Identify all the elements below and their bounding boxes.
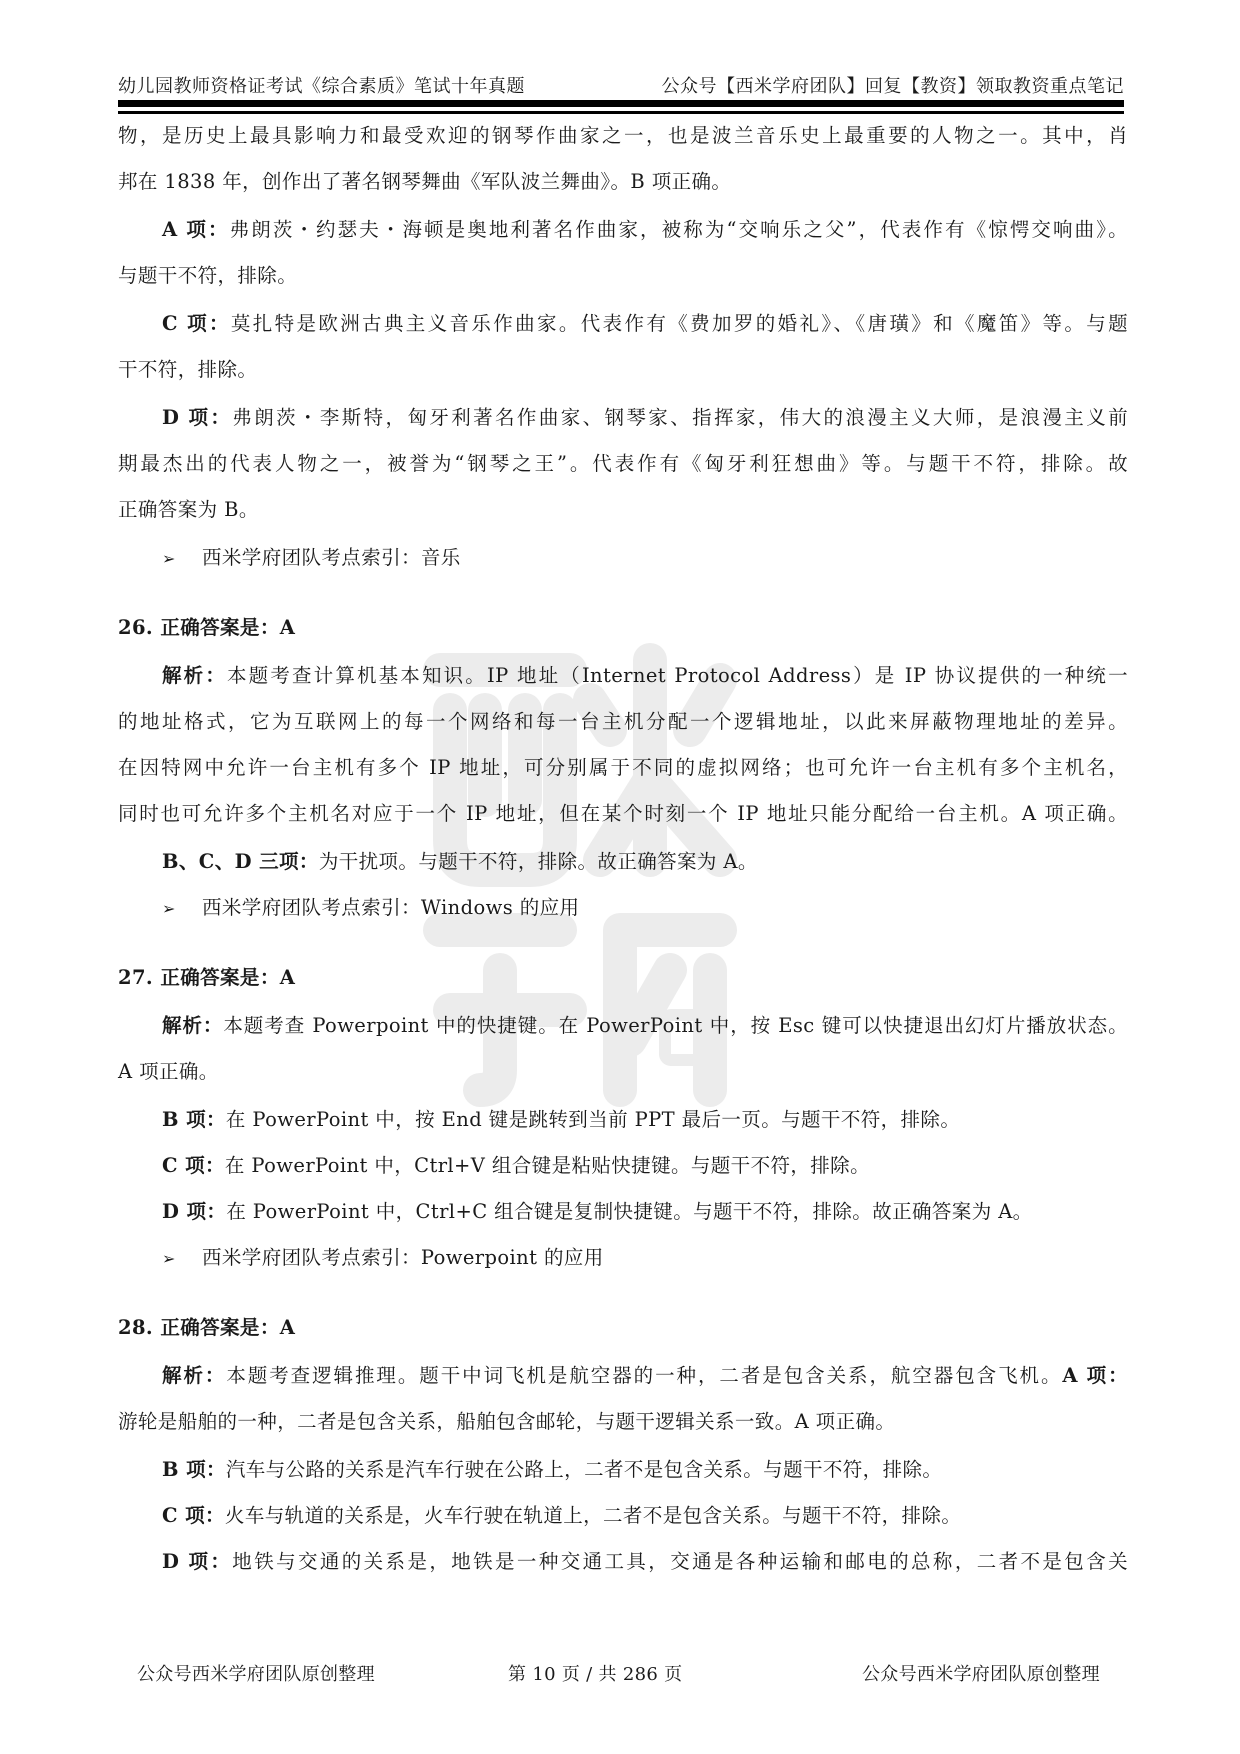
option-label: D 项： (162, 1550, 232, 1573)
option-d-paragraph: D 项：地铁与交通的关系是，地铁是一种交通工具，交通是各种运输和邮电的总称，二者… (162, 1548, 1128, 1576)
option-label: D 项： (162, 1200, 226, 1223)
paragraph-line: 的地址格式，它为互联网上的每一个网络和每一台主机分配一个逻辑地址，以此来屏蔽物理… (118, 708, 1128, 736)
page-header: 幼儿园教师资格证考试《综合素质》笔试十年真题 公众号【西米学府团队】回复【教资】… (118, 68, 1124, 108)
paragraph-line: 同时也可允许多个主机名对应于一个 IP 地址，但在某个时刻一个 IP 地址只能分… (118, 800, 1128, 828)
header-title: 幼儿园教师资格证考试《综合素质》笔试十年真题 (118, 72, 525, 98)
option-b-paragraph: B 项：汽车与公路的关系是汽车行驶在公路上，二者不是包含关系。与题干不符，排除。 (162, 1456, 942, 1484)
analysis-label: 解析： (162, 1014, 223, 1037)
topic-index: ➢西米学府团队考点索引：Windows 的应用 (162, 894, 579, 923)
arrow-bullet-icon: ➢ (162, 1245, 202, 1273)
option-label: C 项： (162, 1154, 225, 1177)
option-label: C 项： (162, 312, 231, 335)
question-heading-27: 27. 正确答案是：A (118, 964, 295, 992)
option-label: A 项： (1062, 1364, 1128, 1387)
question-heading-28: 28. 正确答案是：A (118, 1314, 295, 1342)
paragraph-line: 物，是历史上最具影响力和最受欢迎的钢琴作曲家之一，也是波兰音乐史上最重要的人物之… (118, 122, 1128, 150)
paragraph-line: 期最杰出的代表人物之一，被誉为“钢琴之王”。代表作有《匈牙利狂想曲》等。与题干不… (118, 450, 1128, 478)
paragraph-line: A 项正确。 (118, 1058, 219, 1086)
paragraph-line: 与题干不符，排除。 (118, 262, 297, 290)
footer-credit-right: 公众号西米学府团队原创整理 (862, 1660, 1100, 1686)
arrow-bullet-icon: ➢ (162, 895, 202, 923)
option-a-paragraph: A 项：弗朗茨・约瑟夫・海顿是奥地利著名作曲家，被称为“交响乐之父”，代表作有《… (162, 216, 1128, 244)
option-c-paragraph: C 项：在 PowerPoint 中，Ctrl+V 组合键是粘贴快捷键。与题干不… (162, 1152, 870, 1180)
header-promo: 公众号【西米学府团队】回复【教资】领取教资重点笔记 (662, 72, 1125, 98)
page-footer: 公众号西米学府团队原创整理 第 10 页 / 共 286 页 公众号西米学府团队… (0, 1660, 1240, 1690)
option-d-paragraph: D 项：弗朗茨・李斯特，匈牙利著名作曲家、钢琴家、指挥家，伟大的浪漫主义大师，是… (162, 404, 1128, 432)
topic-index: ➢西米学府团队考点索引：音乐 (162, 544, 461, 573)
option-label: D 项： (162, 406, 232, 429)
paragraph-line: 在因特网中允许一台主机有多个 IP 地址，可分别属于不同的虚拟网络；也可允许一台… (118, 754, 1128, 782)
paragraph-line: 邦在 1838 年，创作出了著名钢琴舞曲《军队波兰舞曲》。B 项正确。 (118, 168, 731, 196)
option-label: A 项： (162, 218, 230, 241)
footer-credit-left: 公众号西米学府团队原创整理 (137, 1660, 375, 1686)
header-rule-thin (118, 111, 1124, 114)
option-label: B 项： (162, 1108, 226, 1131)
option-label: C 项： (162, 1504, 225, 1527)
options-bcd-paragraph: B、C、D 三项：为干扰项。与题干不符，排除。故正确答案为 A。 (162, 848, 758, 876)
option-label: B 项： (162, 1458, 226, 1481)
analysis-paragraph: 解析：本题考查逻辑推理。题干中词飞机是航空器的一种，二者是包含关系，航空器包含飞… (162, 1362, 1128, 1390)
header-rule-thick (118, 100, 1124, 107)
analysis-paragraph: 解析：本题考查 Powerpoint 中的快捷键。在 PowerPoint 中，… (162, 1012, 1128, 1040)
option-c-paragraph: C 项：莫扎特是欧洲古典主义音乐作曲家。代表作有《费加罗的婚礼》、《唐璜》和《魔… (162, 310, 1128, 338)
paragraph-line: 干不符，排除。 (118, 356, 257, 384)
question-heading-26: 26. 正确答案是：A (118, 614, 295, 642)
paragraph-line: 游轮是船舶的一种，二者是包含关系，船舶包含邮轮，与题干逻辑关系一致。A 项正确。 (118, 1408, 895, 1436)
option-b-paragraph: B 项：在 PowerPoint 中，按 End 键是跳转到当前 PPT 最后一… (162, 1106, 960, 1134)
option-d-paragraph: D 项：在 PowerPoint 中，Ctrl+C 组合键是复制快捷键。与题干不… (162, 1198, 1033, 1226)
topic-index: ➢西米学府团队考点索引：Powerpoint 的应用 (162, 1244, 604, 1273)
analysis-paragraph: 解析：本题考查计算机基本知识。IP 地址（Internet Protocol A… (162, 662, 1128, 690)
arrow-bullet-icon: ➢ (162, 545, 202, 573)
option-label: B、C、D 三项： (162, 850, 319, 873)
analysis-label: 解析： (162, 1364, 226, 1387)
page-number: 第 10 页 / 共 286 页 (508, 1660, 682, 1686)
paragraph-line: 正确答案为 B。 (118, 496, 259, 524)
option-c-paragraph: C 项：火车与轨道的关系是，火车行驶在轨道上，二者不是包含关系。与题干不符，排除… (162, 1502, 961, 1530)
analysis-label: 解析： (162, 664, 227, 687)
